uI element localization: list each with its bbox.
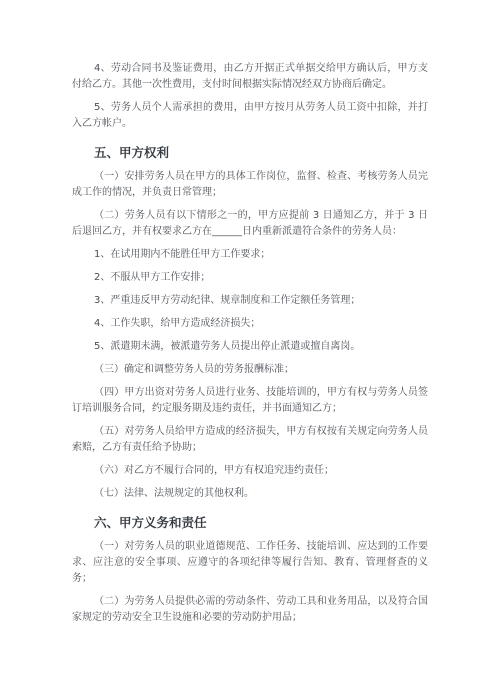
paragraph-line: （二）劳务人员有以下情形之一的，甲方应提前 3 日通知乙方，并于 3 日: [72, 208, 428, 224]
section-heading-text: 六、甲方义务和责任: [72, 515, 428, 531]
contract-list-item: 4、工作失职，给甲方造成经济损失；: [72, 316, 428, 332]
paragraph-line: （七）法律、法规规定的其他权利。: [72, 486, 428, 502]
contract-list-item: 3、严重违反甲方劳动纪律、规章制度和工作定额任务管理；: [72, 293, 428, 309]
paragraph-line: 4、劳动合同书及鉴证费用，由乙方开据正式单据交给甲方确认后，甲方支: [72, 61, 428, 77]
contract-paragraph: （四）甲方出资对劳务人员进行业务、技能培训的，甲方有权与劳务人员签 订培训服务合…: [72, 385, 428, 417]
paragraph-line: 成工作的情况，并负责日常管理；: [72, 185, 428, 201]
paragraph-line: （五）对劳务人员给甲方造成的经济损失，甲方有权按有关规定向劳务人员: [72, 424, 428, 440]
paragraph-line: 家规定的劳动安全卫生设施和必要的劳动防护用品；: [72, 610, 428, 626]
paragraph-line: （六）对乙方不履行合同的，甲方有权追究违约责任；: [72, 463, 428, 479]
paragraph-line: 3、严重违反甲方劳动纪律、规章制度和工作定额任务管理；: [72, 293, 428, 309]
section-heading-text: 五、甲方权利: [72, 145, 428, 161]
paragraph-line: （二）为劳务人员提供必需的劳动条件、劳动工具和业务用品，以及符合国: [72, 594, 428, 610]
contract-paragraph: 5、劳务人员个人需承担的费用，由甲方按月从劳务人员工资中扣除，并打 入乙方帐户。: [72, 100, 428, 132]
contract-paragraph: （二）劳务人员有以下情形之一的，甲方应提前 3 日通知乙方，并于 3 日 后退回…: [72, 208, 428, 240]
paragraph-line: 入乙方帐户。: [72, 116, 428, 132]
paragraph-line: 订培训服务合同，约定服务期及违约责任，并书面通知乙方；: [72, 401, 428, 417]
paragraph-line: （一）安排劳务人员在甲方的具体工作岗位，监督、检查、考核劳务人员完: [72, 169, 428, 185]
paragraph-line: （一）对劳务人员的职业道德规范、工作任务、技能培训、应达到的工作要: [72, 539, 428, 555]
paragraph-line: 2、不服从甲方工作安排；: [72, 270, 428, 286]
contract-paragraph: （二）为劳务人员提供必需的劳动条件、劳动工具和业务用品，以及符合国 家规定的劳动…: [72, 594, 428, 626]
contract-paragraph: 4、劳动合同书及鉴证费用，由乙方开据正式单据交给甲方确认后，甲方支 付给乙方。其…: [72, 61, 428, 93]
paragraph-line: 5、劳务人员个人需承担的费用，由甲方按月从劳务人员工资中扣除，并打: [72, 100, 428, 116]
contract-list-item: 5、派遣期未满，被派遣劳务人员提出停止派遣或擅自离岗。: [72, 339, 428, 355]
paragraph-line: （三）确定和调整劳务人员的劳务报酬标准；: [72, 362, 428, 378]
paragraph-line: 4、工作失职，给甲方造成经济损失；: [72, 316, 428, 332]
paragraph-line: 后退回乙方，并有权要求乙方在______日内重新派遣符合条件的劳务人员：: [72, 224, 428, 240]
paragraph-line: （四）甲方出资对劳务人员进行业务、技能培训的，甲方有权与劳务人员签: [72, 385, 428, 401]
paragraph-line: 1、在试用期内不能胜任甲方工作要求；: [72, 247, 428, 263]
contract-paragraph: （五）对劳务人员给甲方造成的经济损失，甲方有权按有关规定向劳务人员 索赔，乙方有…: [72, 424, 428, 456]
paragraph-line: 索赔，乙方有责任给予协助；: [72, 440, 428, 456]
contract-list-item: 2、不服从甲方工作安排；: [72, 270, 428, 286]
contract-document-page: 4、劳动合同书及鉴证费用，由乙方开据正式单据交给甲方确认后，甲方支 付给乙方。其…: [0, 0, 500, 698]
contract-paragraph: （一）对劳务人员的职业道德规范、工作任务、技能培训、应达到的工作要 求、应注意的…: [72, 539, 428, 587]
paragraph-line: 付给乙方。其他一次性费用，支付时间根据实际情况经双方协商后确定。: [72, 77, 428, 93]
section-heading-five: 五、甲方权利: [72, 145, 428, 161]
contract-paragraph: （一）安排劳务人员在甲方的具体工作岗位，监督、检查、考核劳务人员完 成工作的情况…: [72, 169, 428, 201]
contract-paragraph: （三）确定和调整劳务人员的劳务报酬标准；: [72, 362, 428, 378]
contract-list-item: 1、在试用期内不能胜任甲方工作要求；: [72, 247, 428, 263]
contract-paragraph: （七）法律、法规规定的其他权利。: [72, 486, 428, 502]
contract-document-body: 4、劳动合同书及鉴证费用，由乙方开据正式单据交给甲方确认后，甲方支 付给乙方。其…: [72, 61, 428, 626]
paragraph-line: 5、派遣期未满，被派遣劳务人员提出停止派遣或擅自离岗。: [72, 339, 428, 355]
paragraph-line: 求、应注意的安全事项、应遵守的各项纪律等履行告知、教育、管理督查的义务；: [72, 555, 428, 587]
section-heading-six: 六、甲方义务和责任: [72, 515, 428, 531]
contract-paragraph: （六）对乙方不履行合同的，甲方有权追究违约责任；: [72, 463, 428, 479]
